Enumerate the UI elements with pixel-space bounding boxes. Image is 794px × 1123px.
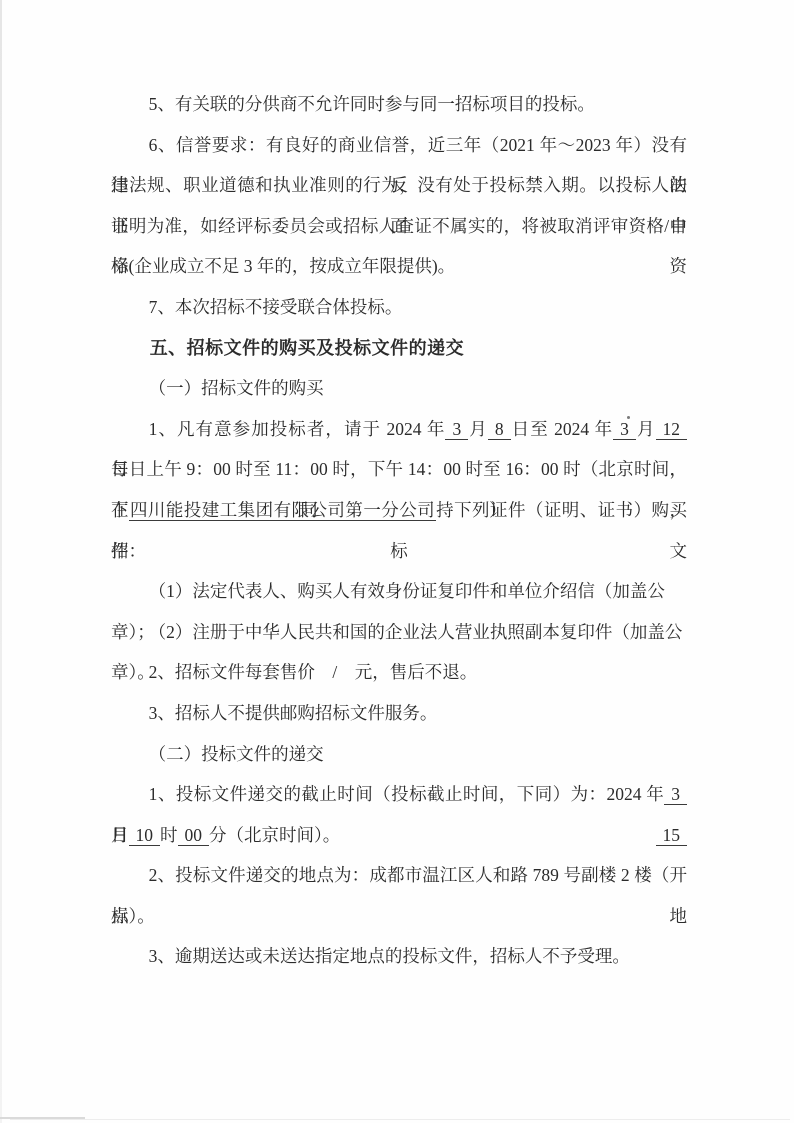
clause-5-related-suppliers: 5、有关联的分供商不允许同时参与同一招标项目的投标。 [111, 84, 687, 125]
text-segment: 1、投标文件递交的截止时间（投标截止时间，下同）为：2024 年 [149, 784, 665, 804]
subsection-1-heading-purchase: （一）招标文件的购买 [111, 368, 687, 409]
text-segment: （二）投标文件的递交 [149, 744, 324, 764]
item-1-id-documents: （1）法定代表人、购买人有效身份证复印件和单位介绍信（加盖公章）； [111, 571, 687, 612]
scan-bottom-dash-artifact [0, 1117, 85, 1119]
submission-clause-1-deadline: 1、投标文件递交的截止时间（投标截止时间，下同）为：2024 年3月15 [111, 774, 687, 815]
text-segment: 分（北京时间）。 [209, 825, 340, 845]
text-segment: 格(企业成立不足 3 年的，按成立年限提供)。 [111, 256, 455, 276]
purchase-clause-3-no-mail-order: 3、招标人不提供邮购招标文件服务。 [111, 693, 687, 734]
document-page: 5、有关联的分供商不允许同时参与同一招标项目的投标。 6、信誉要求：有良好的商业… [0, 0, 794, 1123]
text-segment: 月 [468, 419, 488, 439]
text-segment: 时 [160, 825, 178, 845]
blank-deadline-day: 15 [656, 825, 688, 846]
submission-clause-3-late: 3、逾期送达或未送达指定地点的投标文件，招标人不予受理。 [111, 936, 687, 977]
text-segment: 在 [111, 500, 129, 520]
text-segment: 月 [636, 419, 656, 439]
text-segment: 点）。 [111, 906, 155, 926]
blank-month-start: 3 [445, 419, 468, 440]
text-segment: 1、凡有意参加投标者，请于 2024 年 [149, 419, 446, 439]
document-body: 5、有关联的分供商不允许同时参与同一招标项目的投标。 6、信誉要求：有良好的商业… [111, 84, 687, 977]
text-segment: 日 [111, 825, 129, 845]
purchase-clause-1-dates: 1、凡有意参加投标者，请于 2024 年3月8日至 2024 年3月12日， [111, 409, 687, 450]
submission-clause-2-place: 2、投标文件递交的地点为：成都市温江区人和路 789 号副楼 2 楼（开标地 [111, 855, 687, 896]
clause-6-credit-requirement-line-2: 律法规、职业道德和执业准则的行为，没有处于投标禁入期。以投标人的书面自 [111, 165, 687, 206]
purchase-clause-1-hours: 每日上午 9：00 时至 11：00 时，下午 14：00 时至 16：00 时… [111, 449, 687, 490]
text-segment: 2、招标文件每套售价 / 元，售后不退。 [149, 662, 478, 682]
blank-deadline-hour: 10 [129, 825, 161, 846]
text-segment: 5、有关联的分供商不允许同时参与同一招标项目的投标。 [149, 94, 595, 114]
text-segment: （一）招标文件的购买 [149, 378, 324, 398]
blank-day-start: 8 [488, 419, 511, 440]
scan-left-edge-artifact [0, 0, 2, 1123]
blank-month-end: 3 [613, 419, 636, 440]
scan-bottom-edge-artifact [10, 1119, 790, 1120]
purchase-clause-1-location: 在四川能投建工集团有限公司第一分公司持下列证件（证明、证书）购买招标文 [111, 490, 687, 531]
text-segment: 件： [111, 541, 146, 561]
blank-deadline-month: 3 [664, 784, 687, 805]
blank-day-end: 12 [656, 419, 688, 440]
blank-deadline-minute: 00 [178, 825, 210, 846]
text-segment: 3、逾期送达或未送达指定地点的投标文件，招标人不予受理。 [149, 946, 630, 966]
section-5-heading: 五、招标文件的购买及投标文件的递交 [111, 328, 687, 369]
item-2-business-license: （2）注册于中华人民共和国的企业法人营业执照副本复印件（加盖公章）。 [111, 612, 687, 653]
company-name-underlined: 四川能投建工集团有限公司第一分公司 [129, 500, 436, 521]
text-segment: 2、投标文件递交的地点为：成都市温江区人和路 789 号副楼 2 楼（开标地 [111, 865, 687, 926]
text-segment: 日至 2024 年 [511, 419, 614, 439]
text-segment: 3、招标人不提供邮购招标文件服务。 [149, 703, 438, 723]
clause-7-no-consortium: 7、本次招标不接受联合体投标。 [111, 287, 687, 328]
clause-6-credit-requirement-line-3: 证明为准，如经评标委员会或招标人查证不属实的，将被取消评审资格/中标资 [111, 206, 687, 247]
purchase-clause-2-price: 2、招标文件每套售价 / 元，售后不退。 [111, 652, 687, 693]
clause-6-credit-requirement-line-1: 6、信誉要求：有良好的商业信誉，近三年（2021 年～2023 年）没有违反法 [111, 125, 687, 166]
heading-text: 五、招标文件的购买及投标文件的递交 [150, 338, 465, 358]
text-segment: 7、本次招标不接受联合体投标。 [149, 297, 403, 317]
subsection-2-heading-submission: （二）投标文件的递交 [111, 734, 687, 775]
